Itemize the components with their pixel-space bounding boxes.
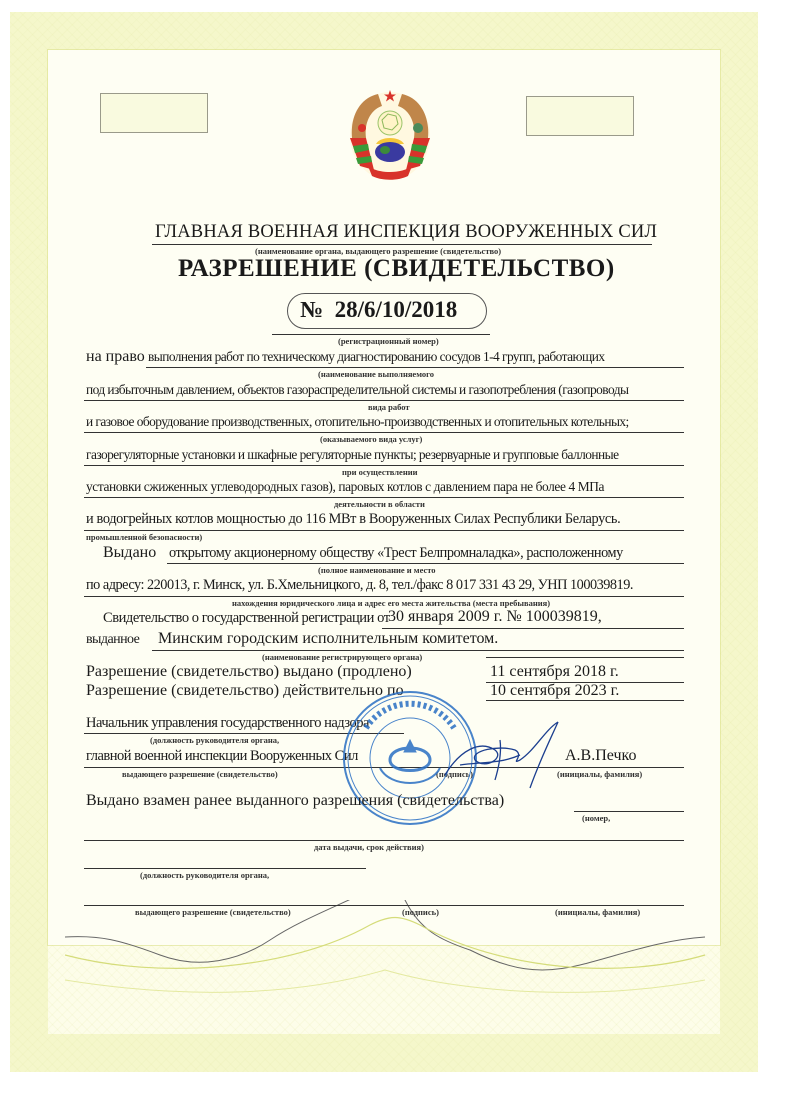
registration-number: № 28/6/10/2018 [300,297,457,323]
caption: промышленной безопасности) [86,532,202,542]
right-to-line-6: и водогрейных котлов мощностью до 116 МВ… [86,511,620,528]
issued-to-line-2: по адресу: 220013, г. Минск, ул. Б.Хмель… [86,577,633,594]
page-title: РАЗРЕШЕНИЕ (СВИДЕТЕЛЬСТВО) [178,255,615,283]
right-to-line-5: установки сжиженных углеводородных газов… [86,479,604,495]
caption: (должность руководителя органа, [150,735,279,745]
signature-icon [440,720,570,790]
caption: (номер, [582,813,610,823]
caption: (должность руководителя органа, [140,870,269,880]
field-underline [382,628,684,629]
signatory-position-1: Начальник управления государственного на… [86,715,369,732]
signatory-name: А.В.Печко [565,747,637,765]
issued-date-label: Разрешение (свидетельство) выдано (продл… [86,663,412,681]
caption: дата выдачи, срок действия) [314,842,424,852]
right-to-label: на право [86,348,145,366]
caption: (подпись) [402,907,439,917]
header-box-left [100,93,208,133]
right-to-line-3: и газовое оборудование производственных,… [86,414,629,430]
valid-until-value: 10 сентября 2023 г. [490,682,619,700]
issued-to-label: Выдано [103,544,156,562]
field-underline [486,700,684,701]
caption: (наименование регистрирующего органа) [262,652,422,662]
signatory-position-2: главной военной инспекции Вооруженных Си… [86,748,358,765]
caption: вида работ [368,402,410,412]
registration-label: Свидетельство о государственной регистра… [103,610,390,627]
field-underline [84,497,684,498]
right-to-line-4: газорегуляторные установки и шкафные рег… [86,447,619,463]
field-underline [84,432,684,433]
registered-by-label: выданное [86,632,139,648]
field-underline [152,650,684,651]
field-underline [84,400,684,401]
decorative-wave [40,900,730,1050]
divider [152,244,652,245]
caption: (наименование выполняемого [318,369,434,379]
field-underline [84,905,684,906]
caption: нахождения юридического лица и адрес его… [232,598,550,608]
caption: при осуществлении [342,467,418,477]
replacement-label: Выдано взамен ранее выданного разрешения… [86,792,504,810]
issued-to-line-1: открытому акционерному обществу «Трест Б… [169,545,623,562]
right-to-line-1: выполнения работ по техническому диагнос… [148,349,605,365]
caption: выдающего разрешение (свидетельство) [135,907,291,917]
issued-date-value: 11 сентября 2018 г. [490,663,619,681]
caption: деятельности в области [334,499,425,509]
right-to-line-2: под избыточным давлением, объектов газор… [86,382,628,398]
field-underline [84,596,684,597]
header-box-right [526,96,634,136]
issuing-body: ГЛАВНАЯ ВОЕННАЯ ИНСПЕКЦИЯ ВООРУЖЕННЫХ СИ… [155,222,657,243]
caption: выдающего разрешение (свидетельство) [122,769,278,779]
field-underline [146,367,684,368]
number-sign: № [300,297,323,322]
divider [272,334,490,335]
state-emblem-icon [338,86,442,182]
field-underline [574,811,684,812]
registered-by-value: Минским городским исполнительным комитет… [158,630,498,648]
caption: (полное наименование и место [318,565,436,575]
caption: (оказываемого вида услуг) [320,434,422,444]
field-underline [84,465,684,466]
number-caption: (регистрационный номер) [338,336,439,346]
registration-value: 30 января 2009 г. № 100039819, [388,608,602,626]
field-underline [84,840,684,841]
field-underline [84,530,684,531]
caption: (инициалы, фамилия) [555,907,640,917]
number-value: 28/6/10/2018 [335,297,458,322]
field-underline [486,657,684,658]
field-underline [84,868,366,869]
field-underline [167,563,684,564]
